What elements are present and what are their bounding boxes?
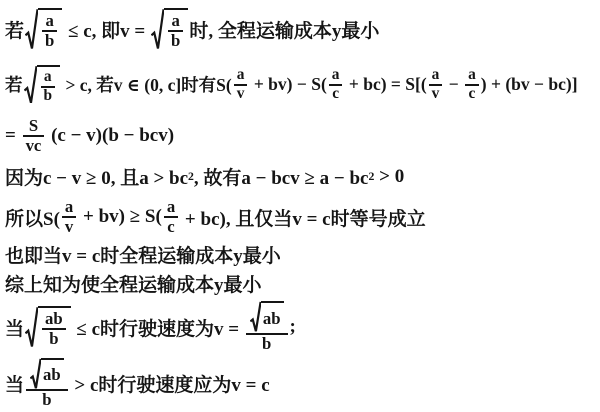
numerator: a (168, 12, 182, 30)
formula-line: 若ab ≤ c, 即v = ab时, 全程运输成本y最小 (5, 2, 598, 56)
text-run: 因为c − v ≥ 0, 且a > bc (5, 163, 188, 190)
formula-line: 若ab > c, 若v ∈ (0, c]时有S(av + bv) − S(ac … (5, 56, 598, 113)
fraction: av (234, 67, 248, 102)
square-root: ab (30, 358, 64, 389)
text-run: > c, 若v ∈ (0, c]时有S( (61, 72, 232, 97)
numerator: a (41, 69, 55, 86)
radical-sign-icon (151, 8, 164, 50)
formula-line: 所以S(av + bv) ≥ S(ac + bc), 且仅当v = c时等号成立 (5, 194, 598, 240)
formula-line: 也即当v = c时全程运输成本y最小 (5, 240, 598, 269)
text-run: > 0 (374, 166, 404, 188)
denominator: b (39, 391, 54, 409)
radical-sign-icon (25, 8, 38, 50)
radical-sign-icon (25, 306, 38, 348)
square-root: abb (25, 306, 71, 348)
text-run: ) + (bv − bc)] (481, 74, 578, 95)
numerator: a (62, 198, 76, 216)
text-run: 时, 全程运输成本y最小 (189, 16, 379, 43)
fraction: ac (465, 67, 479, 102)
denominator: b (168, 32, 183, 50)
denominator: vc (23, 137, 45, 155)
formula-line: 当abb ≤ c时行驶速度为v = abb; (5, 298, 598, 356)
numerator: a (465, 67, 479, 84)
fraction: ab (168, 12, 183, 50)
formula-line: = Svc (c − v)(b − bcv) (5, 113, 598, 159)
text-run: 若 (5, 16, 24, 43)
radicand: ab (41, 358, 64, 389)
text-run: 所以S( (5, 204, 60, 231)
text-run: + bv) − S( (249, 74, 326, 95)
denominator: c (164, 218, 177, 236)
denominator: b (259, 335, 274, 353)
formula-line: 综上知为使全程运输成本y最小 (5, 269, 598, 298)
numerator: a (429, 67, 443, 84)
radicand: abb (38, 306, 71, 348)
text-run: + bv) ≥ S( (78, 206, 162, 228)
denominator: c (466, 86, 479, 103)
denominator: v (62, 218, 76, 236)
radical-sign-icon (24, 65, 37, 104)
numerator: S (26, 117, 41, 135)
text-run: ≤ c时行驶速度为v = (72, 314, 244, 341)
fraction: ac (329, 67, 343, 102)
radicand: ab (37, 65, 61, 104)
fraction: abb (42, 310, 66, 348)
denominator: v (234, 86, 248, 103)
fraction: av (62, 198, 76, 236)
denominator: b (46, 330, 61, 348)
numerator: a (234, 67, 248, 84)
text-run: ab (263, 310, 281, 328)
fraction: abb (246, 301, 288, 352)
text-run: 综上知为使全程运输成本y最小 (5, 270, 262, 297)
text-run: ≤ c, 即v = (63, 16, 150, 43)
math-document: 若ab ≤ c, 即v = ab时, 全程运输成本y最小若ab > c, 若v … (0, 0, 600, 412)
radicand: ab (38, 8, 62, 50)
numerator: a (329, 67, 343, 84)
numerator: ab (246, 301, 288, 332)
denominator: b (42, 32, 57, 50)
text-run: (c − v)(b − bcv) (46, 125, 174, 147)
numerator: a (164, 198, 178, 216)
text-run: 当 (5, 370, 24, 397)
numerator: ab (42, 310, 66, 328)
text-run: − (444, 74, 463, 95)
text-run: 也即当v = c时全程运输成本y最小 (5, 241, 281, 268)
radical-sign-icon (30, 358, 41, 389)
square-root: ab (151, 8, 188, 50)
denominator: c (329, 86, 342, 103)
numerator: a (42, 12, 56, 30)
text-run: ; (290, 316, 296, 338)
fraction: Svc (23, 117, 45, 155)
fraction: ab (41, 69, 56, 104)
formula-line: 当abb > c时行驶速度应为v = c (5, 356, 598, 411)
fraction: abb (26, 358, 68, 409)
radical-sign-icon (250, 301, 261, 332)
square-root: ab (24, 65, 61, 104)
text-run: , 故有a − bcv ≥ a − bc (194, 163, 369, 190)
text-run: = (5, 125, 21, 147)
fraction: av (429, 67, 443, 102)
formula-line: 因为c − v ≥ 0, 且a > bc2, 故有a − bcv ≥ a − b… (5, 159, 598, 194)
fraction: ac (164, 198, 178, 236)
radicand: ab (261, 301, 284, 332)
numerator: ab (26, 358, 68, 389)
fraction: ab (42, 12, 57, 50)
denominator: b (41, 88, 56, 105)
denominator: v (429, 86, 443, 103)
text-run: + bc), 且仅当v = c时等号成立 (180, 204, 425, 231)
text-run: + bc) = S[( (344, 74, 426, 95)
square-root: ab (250, 301, 284, 332)
text-run: > c时行驶速度应为v = c (70, 370, 270, 397)
square-root: ab (25, 8, 62, 50)
radicand: ab (164, 8, 188, 50)
text-run: ab (43, 366, 61, 384)
text-run: 若 (5, 72, 23, 97)
text-run: 当 (5, 314, 24, 341)
